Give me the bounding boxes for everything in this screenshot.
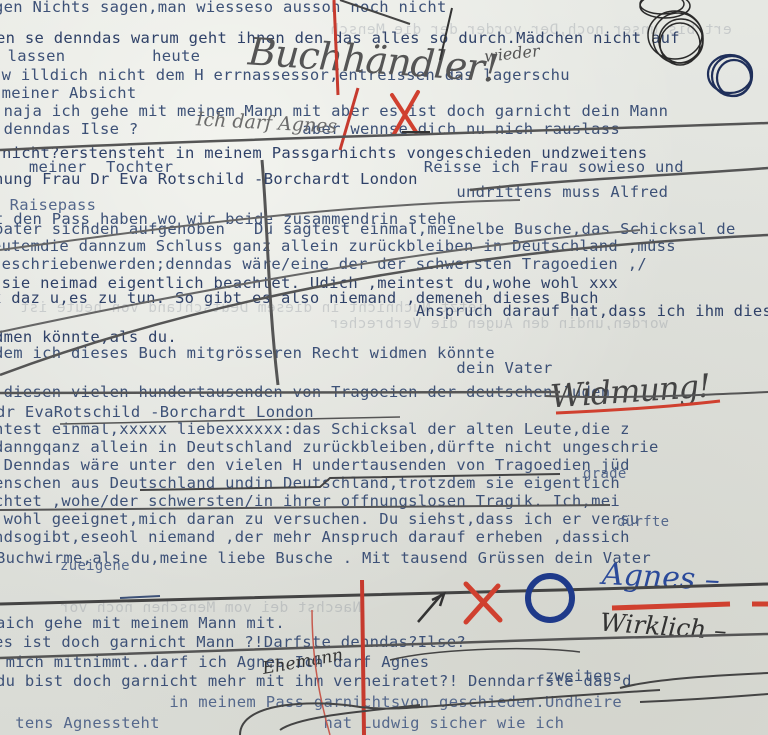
blue-scribbled-circle <box>708 55 752 96</box>
scribbled-circles <box>640 0 703 65</box>
manuscript-page: ert bis unser noch,Der vorder der die Me… <box>0 0 768 735</box>
red-x-mark <box>392 92 418 134</box>
blue-circle-mark <box>528 576 572 620</box>
red-margin-line <box>334 0 338 95</box>
red-x-mark <box>466 584 500 622</box>
annotation-marks <box>0 0 768 735</box>
